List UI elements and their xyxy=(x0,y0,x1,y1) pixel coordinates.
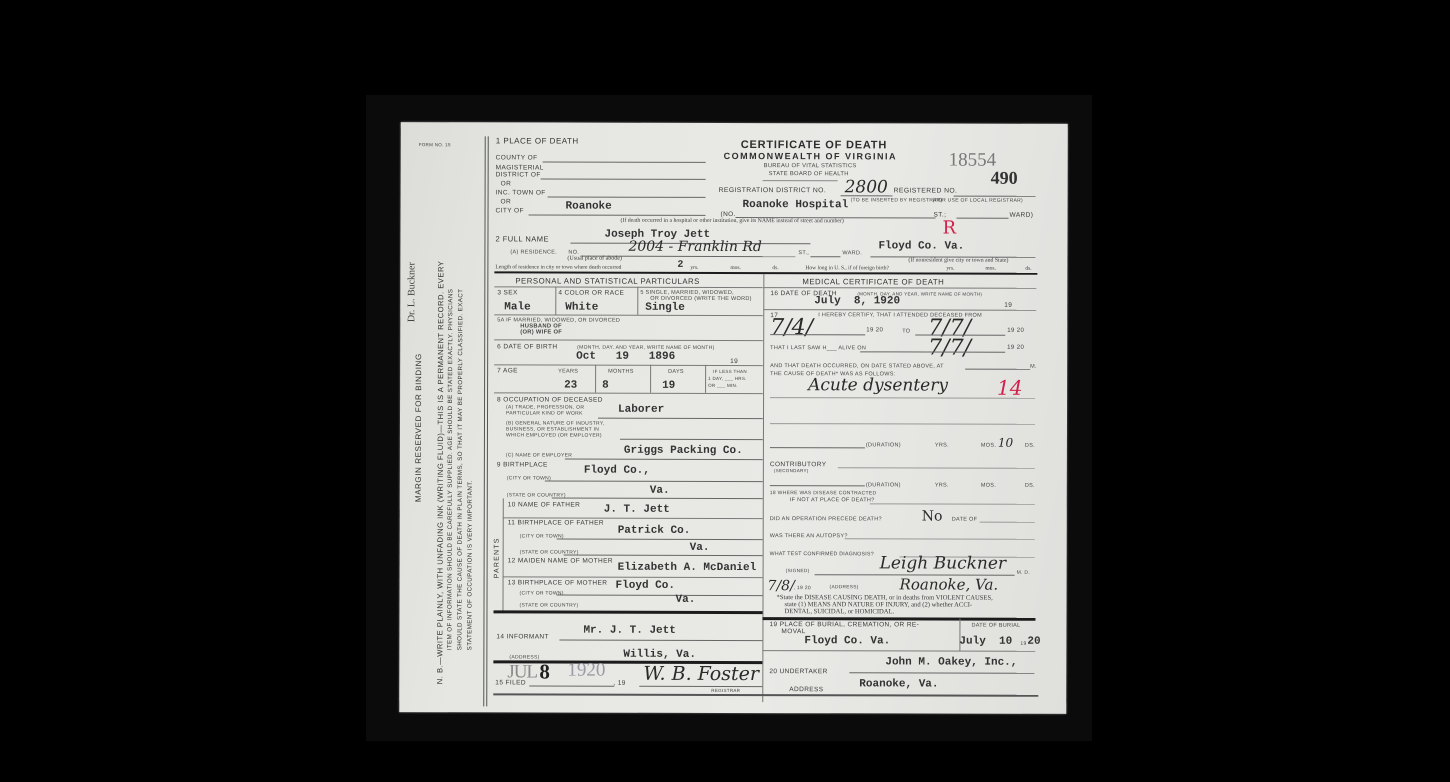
certificate-title: Certificate of Death xyxy=(741,139,887,151)
signed-label: (Signed) xyxy=(786,569,810,574)
burial-date-19: 19 xyxy=(1020,641,1026,647)
parents-side-label: Parents xyxy=(494,537,501,578)
yrs-label: yrs. xyxy=(935,443,949,449)
parents-bottom-rule xyxy=(493,610,762,614)
contributory-field xyxy=(838,467,1035,469)
filed-field xyxy=(529,685,614,686)
months-label: Months xyxy=(608,369,634,375)
mother-birth-state: Va. xyxy=(676,594,696,606)
hospital-note: (If death occurred in a hospital or othe… xyxy=(621,218,844,225)
dob-label: 6 Date of Birth xyxy=(497,343,557,350)
father-label: 10 Name of Father xyxy=(508,501,580,508)
informant-address: Willis, Va. xyxy=(623,649,696,661)
residence-length-label: Length of residence in city or town wher… xyxy=(495,264,621,270)
to-year: 19 20 xyxy=(1007,328,1024,334)
commonwealth-title: Commonwealth of Virginia xyxy=(724,151,897,161)
contracted-label: 18 Where was disease contracted xyxy=(770,490,877,496)
rule xyxy=(494,392,763,394)
ds-label: ds. xyxy=(1025,483,1035,489)
occupation-label: 8 Occupation of Deceased xyxy=(497,396,603,403)
instruction-line-2: Item of Information Should be Carefully … xyxy=(446,289,454,651)
from-year: 19 20 xyxy=(866,327,883,333)
employer-label: (c) Name of employer xyxy=(506,452,572,458)
md-label: M. D. xyxy=(1017,570,1030,576)
rule xyxy=(762,650,1035,652)
certificate-number-stamp: 18554 xyxy=(949,150,997,172)
bureau-label: Bureau of Vital Statistics xyxy=(764,163,857,169)
autopsy-field xyxy=(845,538,1035,539)
undertaker-address: Roanoke, Va. xyxy=(859,678,938,690)
filed-day: 8 xyxy=(539,659,550,684)
contracted-label-2: if not at place of death? xyxy=(790,497,875,503)
column-divider xyxy=(762,274,764,702)
last-saw-year: 19 20 xyxy=(1007,345,1024,351)
mother-value: Elizabeth A. McDaniel xyxy=(618,562,757,574)
operation-label: Did an operation precede death? xyxy=(770,516,882,522)
instruction-line-1: N. B.—Write plainly, with unfading ink (… xyxy=(435,261,445,685)
burial-year: 20 xyxy=(1027,636,1040,648)
undertaker-address-label: Address xyxy=(789,686,823,693)
registered-no-note: (For use of local registrar) xyxy=(933,198,1023,204)
street-no-label: (No. xyxy=(721,211,736,218)
sex-value: Male xyxy=(504,301,530,313)
doctor-note: Dr. L. Buckner xyxy=(406,262,417,322)
residence-ward-label: Ward. xyxy=(842,250,862,256)
to-label: to xyxy=(902,328,910,334)
physician-address-label: (Address) xyxy=(830,585,859,590)
death-certificate: Form No. 15 Dr. L. Buckner Margin Reserv… xyxy=(399,122,1068,714)
ward-field xyxy=(957,218,1009,219)
undertaker-value: John M. Oakey, Inc., xyxy=(885,656,1017,668)
registrar-label: Registrar xyxy=(711,688,740,693)
burial-date-label: Date of Burial xyxy=(971,623,1020,629)
duration-label: (duration) xyxy=(866,482,901,488)
rule xyxy=(494,339,763,341)
rule xyxy=(763,287,1036,289)
cell-divider xyxy=(555,287,556,315)
section-divider xyxy=(494,271,1037,274)
institution-value: Roanoke Hospital xyxy=(743,199,849,211)
minutes-label: or ___ min. xyxy=(708,383,738,388)
binding-margin-label: Margin Reserved for Binding xyxy=(414,353,423,502)
informant-value: Mr. J. T. Jett xyxy=(583,625,675,637)
wife-label: (or) Wife of xyxy=(520,329,562,335)
marital-value: Single xyxy=(645,302,685,314)
father-birth-city: Patrick Co. xyxy=(618,525,691,537)
attended-from-date: 7/4/ xyxy=(770,315,813,340)
cell-divider xyxy=(637,287,638,315)
registrar-signature: W. B. Foster xyxy=(643,663,759,685)
mother-birth-city-field xyxy=(557,595,763,597)
undertaker-field xyxy=(849,672,1034,673)
hours-label: 1 day, ___ hrs. xyxy=(708,376,747,381)
nonresident-value: Floyd Co. Va. xyxy=(878,240,964,252)
birthplace-state: Va. xyxy=(650,485,670,497)
rule xyxy=(494,286,763,288)
informant-label: 14 Informant xyxy=(496,633,549,640)
cause-field xyxy=(770,397,1035,399)
last-saw-date: 7/7/ xyxy=(928,336,971,361)
or-label: or xyxy=(501,180,512,187)
filed-label: 15 Filed xyxy=(495,679,526,686)
yrs-label: yrs. xyxy=(690,265,698,271)
age-label: 7 Age xyxy=(497,367,518,374)
dod-value: July 8, 1920 xyxy=(814,295,900,307)
cell-divider xyxy=(705,365,706,393)
us-mos-label: mos. xyxy=(985,266,996,272)
medical-heading: Medical Certificate of Death xyxy=(802,277,944,286)
burial-date-value: July 10 xyxy=(959,636,1012,648)
file-number: 490 xyxy=(991,168,1018,189)
birthplace-city: Floyd Co., xyxy=(584,465,650,477)
employer-field xyxy=(565,459,763,461)
duration-field xyxy=(770,447,865,448)
rule xyxy=(494,364,763,366)
age-years: 23 xyxy=(564,380,577,392)
physician-address: Roanoke, Va. xyxy=(900,575,999,593)
industry-label-3: which employed (or employer) xyxy=(506,432,602,438)
residence-value: 2004 - Franklin Rd xyxy=(628,239,761,255)
ward-label: Ward) xyxy=(1010,212,1034,219)
cause-code: 14 xyxy=(997,376,1023,400)
form-number: Form No. 15 xyxy=(419,142,451,147)
trade-value: Laborer xyxy=(618,404,664,416)
ds-label: ds. xyxy=(1025,443,1035,449)
birthplace-city-field xyxy=(545,481,763,483)
father-birth-city-field xyxy=(557,539,763,541)
father-birth-state: Va. xyxy=(690,542,710,554)
county-label: County of xyxy=(496,154,538,161)
residence-ward-field xyxy=(810,256,840,257)
us-ds-label: ds. xyxy=(1025,266,1031,272)
birthplace-state-field xyxy=(552,498,763,500)
filed-stamp-year: 1920 xyxy=(567,660,605,682)
duration-field xyxy=(770,485,865,486)
signature-year: , 19 20 xyxy=(794,585,811,591)
birthplace-label: 9 Birthplace xyxy=(497,461,548,468)
undertaker-label: 20 Undertaker xyxy=(769,668,827,675)
instruction-line-4: Statement of Occupation is Very Importan… xyxy=(466,480,473,650)
informant-field xyxy=(559,640,762,642)
state-country-label: (State or country) xyxy=(520,602,579,608)
father-birth-state-field xyxy=(564,555,763,557)
operation-value: No xyxy=(922,508,943,524)
city-label: City of xyxy=(496,207,524,214)
inc-town-label: Inc. Town of xyxy=(496,189,546,196)
employer-value: Griggs Packing Co. xyxy=(624,445,743,457)
reg-district-note: (To be inserted by registrar) xyxy=(851,197,943,203)
city-field xyxy=(529,214,706,215)
margin-rule xyxy=(483,136,488,706)
burial-place-label-2: moval xyxy=(781,628,805,635)
race-label: 4 Color or Race xyxy=(558,290,624,297)
operation-date-label: Date of xyxy=(952,517,978,523)
filed-19: , 19 xyxy=(613,680,625,687)
rule xyxy=(494,314,763,316)
us-yrs-label: yrs. xyxy=(946,266,954,272)
mother-label: 12 Maiden Name of Mother xyxy=(508,557,613,564)
trade-field xyxy=(598,418,763,419)
occurred-field xyxy=(965,369,1030,370)
less-than-label: If less than xyxy=(713,369,747,374)
autopsy-label: Was there an autopsy? xyxy=(770,533,848,539)
full-name-label: 2 Full Name xyxy=(495,234,549,243)
mother-birth-city: Floyd Co. xyxy=(616,580,675,592)
us-residence-label: How long in U. S., if of foreign birth? xyxy=(805,265,889,271)
mos-label: mos. xyxy=(981,443,996,449)
industry-field xyxy=(620,439,763,440)
occurred-label: And that death occurred, on date stated … xyxy=(770,363,944,369)
dob-19: 19 xyxy=(730,358,738,365)
county-field xyxy=(543,161,706,162)
residence-label: (a) Residence. xyxy=(510,249,557,255)
or-label: or xyxy=(501,198,512,205)
rule xyxy=(503,576,763,578)
mos-label: mos. xyxy=(981,483,996,489)
registered-no-field xyxy=(954,196,1036,197)
rule xyxy=(763,309,1036,311)
father-birthplace-label: 11 Birthplace of Father xyxy=(508,519,604,526)
dod-19: 19 xyxy=(1004,302,1012,309)
dob-value: Oct 19 1896 xyxy=(576,351,675,363)
city-value: Roanoke xyxy=(566,201,612,213)
cell-divider xyxy=(595,365,596,393)
inc-town-field xyxy=(548,197,706,198)
race-value: White xyxy=(565,302,598,314)
residence-length-years: 2 xyxy=(677,260,683,271)
physician-signature: Leigh Buckner xyxy=(880,553,1006,573)
age-days: 19 xyxy=(662,380,675,392)
cause-field xyxy=(770,423,1035,425)
reg-district-field xyxy=(841,195,893,196)
abode-note: (Usual place of abode) xyxy=(567,256,621,262)
last-saw-field xyxy=(860,351,1005,352)
city-town-label: (City or town) xyxy=(520,590,564,596)
district-field xyxy=(541,178,706,179)
instruction-line-3: Should State the Cause of Death in Plain… xyxy=(456,289,464,651)
footnote-3: DENTAL, SUICIDAL, or HOMICIDAL. xyxy=(784,608,894,615)
signature-date: 7/8/ xyxy=(768,578,795,594)
duration-months: 10 xyxy=(998,436,1013,450)
red-mark: R xyxy=(942,218,956,239)
duration-label: (duration) xyxy=(866,442,901,448)
board-label: State Board of Health xyxy=(769,171,849,177)
trade-label-2: particular kind of work xyxy=(506,410,583,416)
personal-heading: Personal and Statistical Particulars xyxy=(515,276,700,285)
operation-date-field xyxy=(980,522,1035,523)
age-months: 8 xyxy=(602,380,609,392)
mother-birthplace-label: 13 Birthplace of Mother xyxy=(508,579,608,586)
parents-bracket xyxy=(502,498,503,613)
yrs-label: yrs. xyxy=(935,483,949,489)
test-label: What test confirmed diagnosis? xyxy=(770,551,874,557)
cause-value: Acute dysentery xyxy=(808,375,948,395)
bottom-rule xyxy=(493,693,1038,696)
ds-label: ds. xyxy=(772,265,778,271)
registered-no-label: Registered No. xyxy=(894,187,958,194)
contracted-field xyxy=(870,503,1035,504)
father-value: J. T. Jett xyxy=(604,504,670,516)
residence-st-label: St., xyxy=(798,250,809,256)
cell-divider xyxy=(650,365,651,393)
sex-label: 3 Sex xyxy=(497,289,517,296)
nonresident-note: (If nonresident give city or town and St… xyxy=(908,257,1008,263)
days-label: Days xyxy=(668,369,684,375)
secondary-label: (Secondary) xyxy=(774,468,809,473)
burial-place-value: Floyd Co. Va. xyxy=(804,635,890,647)
m-label: m. xyxy=(1030,364,1037,370)
years-label: Years xyxy=(558,369,578,375)
last-saw-label: That I last saw h___ alive on xyxy=(770,345,866,351)
reg-district-label: Registration District No. xyxy=(719,187,827,194)
district-label: District of xyxy=(496,171,541,178)
header-rule xyxy=(763,180,838,181)
place-of-death-heading: 1 Place of Death xyxy=(496,136,579,145)
mos-label: mos. xyxy=(730,265,741,271)
registrar-field xyxy=(639,686,762,687)
